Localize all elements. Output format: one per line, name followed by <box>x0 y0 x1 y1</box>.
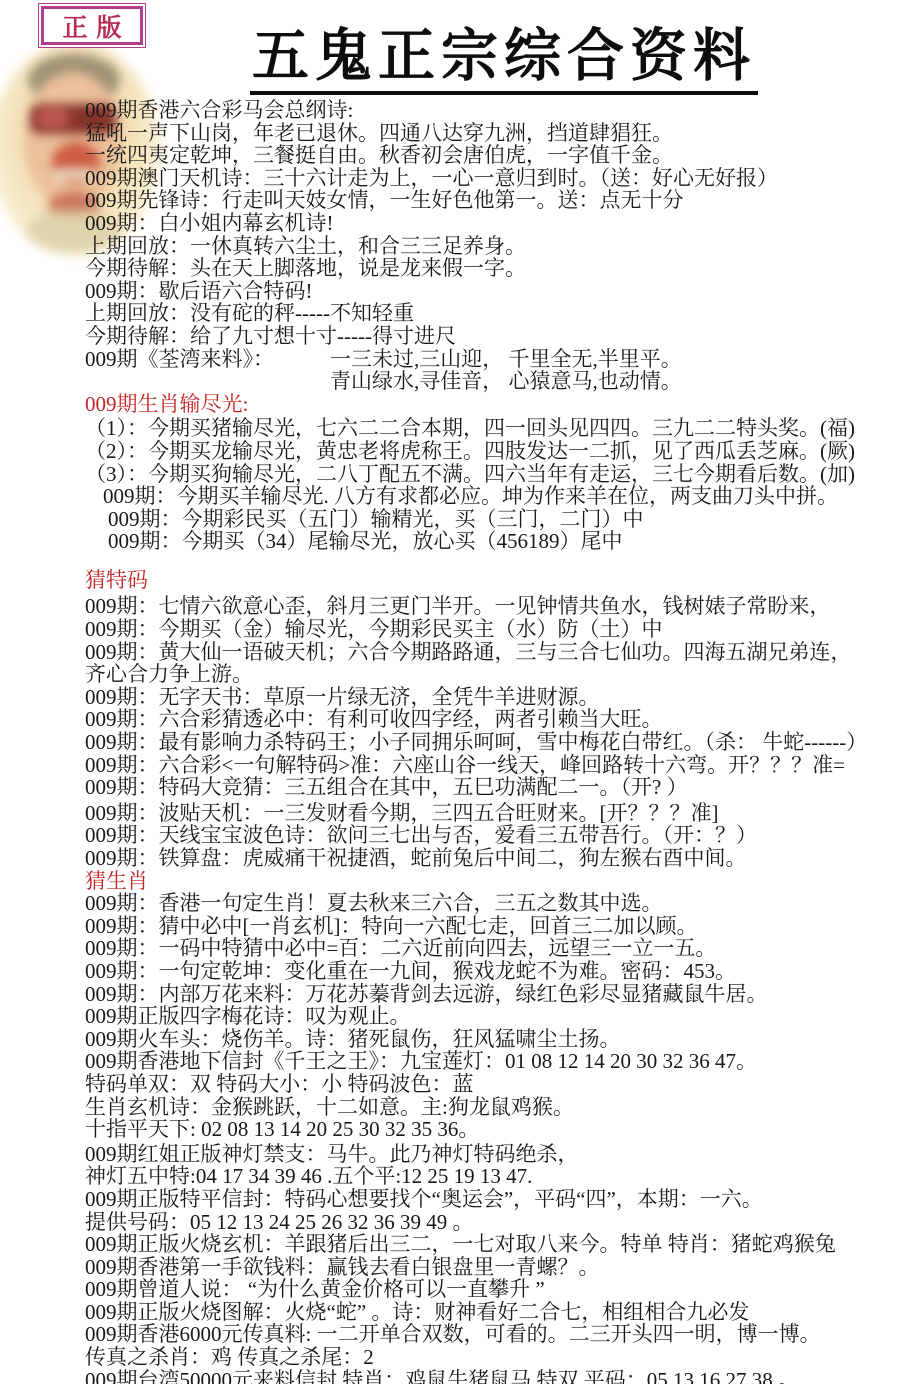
text-line: 009期：六合彩<一句解特码>准：六座山谷一线天，峰回路转十六弯。开？？？准= <box>85 754 897 777</box>
text-line: 009期：一句定乾坤：变化重在一九间，猴戏龙蛇不为难。密码：453。 <box>85 960 897 983</box>
text-line: 猛吼一声下山岗，年老已退休。四通八达穿九洲，挡道肆猖狂。 <box>85 122 897 145</box>
poem-line: 青山绿水,寻佳音， 心猿意马,也动情。 <box>330 370 682 393</box>
text-line: 009期：猜中必中[一肖玄机]：特向一六配七走，回首三二加以顾。 <box>85 915 897 938</box>
text-line: 今期待解：头在天上脚落地，说是龙来假一字。 <box>85 257 897 280</box>
text-line: 009期曾道人说： “为什么黄金价格可以一直攀升 ” <box>85 1278 897 1301</box>
line-label: 009期《荃湾来料》： <box>85 348 274 371</box>
text-line: 009期：歇后语六合特码! <box>85 280 897 303</box>
text-line: 009期：白小姐内幕玄机诗! <box>85 212 897 235</box>
text-line: 009期：香港一句定生肖！夏去秋来三六合，三五之数其中选。 <box>85 892 897 915</box>
authenticity-badge: 正版 <box>38 3 146 48</box>
text-line: 009期：今期彩民买（五门）输精光，买（三门，二门）中 <box>108 508 897 531</box>
text-line: 齐心合力争上游。 <box>85 663 897 686</box>
text-line: 009期：今期买羊输尽光. 八方有求都必应。坤为作来羊在位，两支曲刀头中拼。 <box>103 485 897 508</box>
text-line: 上期回放：一休真转六尘土，和合三三足养身。 <box>85 235 897 258</box>
text-line: 009期：波贴天机：一三发财看今期，三四五合旺财来。[开？？？准] <box>85 802 897 825</box>
text-line: 009期：最有影响力杀特码王；小子同拥乐呵呵，雪中梅花白带红。（杀： 牛蛇---… <box>85 731 897 754</box>
text-line: 009期正版四字梅花诗：叹为观止。 <box>85 1005 897 1028</box>
text-line: 009期：今期买（34）尾输尽光，放心买（456189）尾中 <box>108 530 897 553</box>
text-line: 生肖玄机诗：金猴跳跃，十二如意。主:狗龙鼠鸡猴。 <box>85 1096 897 1119</box>
text-line: 009期台湾50000元来料信封 特肖：鸡鼠牛猪鼠马 特双 平码：05 13 1… <box>85 1369 897 1384</box>
text-line: 009期：特码大竞猜：三五组合在其中，五巳功满配二一。（开? ） <box>85 776 897 799</box>
text-line: 009期澳门天机诗：三十六计走为上，一心一意归到时。（送：好心无好报） <box>85 167 897 190</box>
text-line: 一统四夷定乾坤，三餐挺自由。秋香初会唐伯虎，一字值千金。 <box>85 144 897 167</box>
authenticity-badge-label: 正版 <box>41 6 143 45</box>
text-line: 009期香港六合彩马会总纲诗: <box>85 99 897 122</box>
text-line: 009期香港第一手欲钱料：赢钱去看白银盘里一青螺？。 <box>85 1256 897 1279</box>
text-line: 009期正版火烧玄机：羊跟猪后出三二，一七对取八来今。特单 特肖：猪蛇鸡猴兔 <box>85 1233 897 1256</box>
text-line: 009期正版火烧图解：火烧“蛇” 。诗：财神看好二合七，相组相合九必发 <box>85 1301 897 1324</box>
section-heading: 猜生肖 <box>85 870 897 893</box>
text-line: 009期香港6000元传真料: 一二开单合双数，可看的。二三开头四一明，博一博。 <box>85 1323 897 1346</box>
text-line: 十指平天下: 02 08 13 14 20 25 30 32 35 36。 <box>85 1118 897 1141</box>
content-lines: 009期香港六合彩马会总纲诗:猛吼一声下山岗，年老已退休。四通八达穿九洲，挡道肆… <box>85 99 897 1384</box>
text-line: 神灯五中特:04 17 34 39 46 .五个平:12 25 19 13 47… <box>85 1165 897 1188</box>
text-line: 提供号码：05 12 13 24 25 26 32 36 39 49 。 <box>85 1211 897 1234</box>
text-line: 009期正版特平信封：特码心想要找个“奥运会”，平码“四”，本期：一六。 <box>85 1188 897 1211</box>
text-line: 传真之杀肖：鸡 传真之杀尾：2 <box>85 1346 897 1369</box>
text-line: 009期红姐正版神灯禁支：马牛。此乃神灯特码绝杀， <box>85 1143 897 1166</box>
page-title: 五鬼正宗综合资料 <box>250 24 758 95</box>
text-line: 009期：黄大仙一语破天机；六合今期路路通，三与三合七仙功。四海五湖兄弟连， <box>85 641 897 664</box>
text-line: 009期：内部万花来料：万花苏蓁背剑去远游，绿红色彩尽显猪藏鼠牛居。 <box>85 983 897 1006</box>
text-line: 今期待解：给了九寸想十寸-----得寸进尺 <box>85 325 897 348</box>
section-heading: 猜特码 <box>85 569 897 592</box>
poem-line: 一三未过,三山迎， 千里全无,半里平。 <box>330 348 682 371</box>
text-line: 009期先锋诗：行走叫天妓女情，一生好色他第一。送：点无十分 <box>85 189 897 212</box>
text-line: 009期：铁算盘：虎威痛干祝捷酒，蛇前兔后中间二，狗左猴右酉中间。 <box>85 847 897 870</box>
text-line: 009期香港地下信封《千王之王》：九宝莲灯：01 08 12 14 20 30 … <box>85 1050 897 1073</box>
text-line: 009期：六合彩猜透必中：有利可收四字经，两者引赖当大旺。 <box>85 708 897 731</box>
text-line: 009期《荃湾来料》：一三未过,三山迎， 千里全无,半里平。青山绿水,寻佳音， … <box>85 348 897 393</box>
text-line: （1）：今期买猪输尽光，七六二二合本期，四一回头见四四。三九二二特头奖。(福) <box>85 417 897 440</box>
text-line: 009期：天线宝宝波色诗：欲问三七出与否，爱看三五带吾行。（开：？） <box>85 824 897 847</box>
text-line: 009期：七情六欲意心歪，斜月三更门半开。一见钟情共鱼水，钱树婊子常盼来， <box>85 595 897 618</box>
text-line: 009期：今期买（金）输尽光，今期彩民买主（水）防（土）中 <box>85 618 897 641</box>
text-line: 009期：一码中特猜中必中=百：二六近前向四去，远望三一立一五。 <box>85 937 897 960</box>
photo-sunglasses-lens <box>37 108 69 128</box>
text-line: （3）：今期买狗输尽光，二八丁配五不满。四六当年有走运，三七今期看后数。(加) <box>85 463 897 486</box>
text-line: （2）：今期买龙输尽光，黄忠老将虎称王。四肢发达一二抓，见了西瓜丢芝麻。(厥) <box>85 440 897 463</box>
text-line: 009期火车头：烧伤羊。诗：猪死鼠伤，狂风猛啸尘土扬。 <box>85 1028 897 1051</box>
text-line: 特码单双：双 特码大小：小 特码波色：蓝 <box>85 1073 897 1096</box>
lottery-tip-sheet: 正版 五鬼正宗综合资料 009期香港六合彩马会总纲诗:猛吼一声下山岗，年老已退休… <box>0 0 900 1384</box>
section-heading: 009期生肖输尽光: <box>85 393 897 416</box>
text-line: 009期：无字天书：草原一片绿无济，全凭牛羊进财源。 <box>85 686 897 709</box>
text-line: 上期回放：没有砣的秤-----不知轻重 <box>85 302 897 325</box>
